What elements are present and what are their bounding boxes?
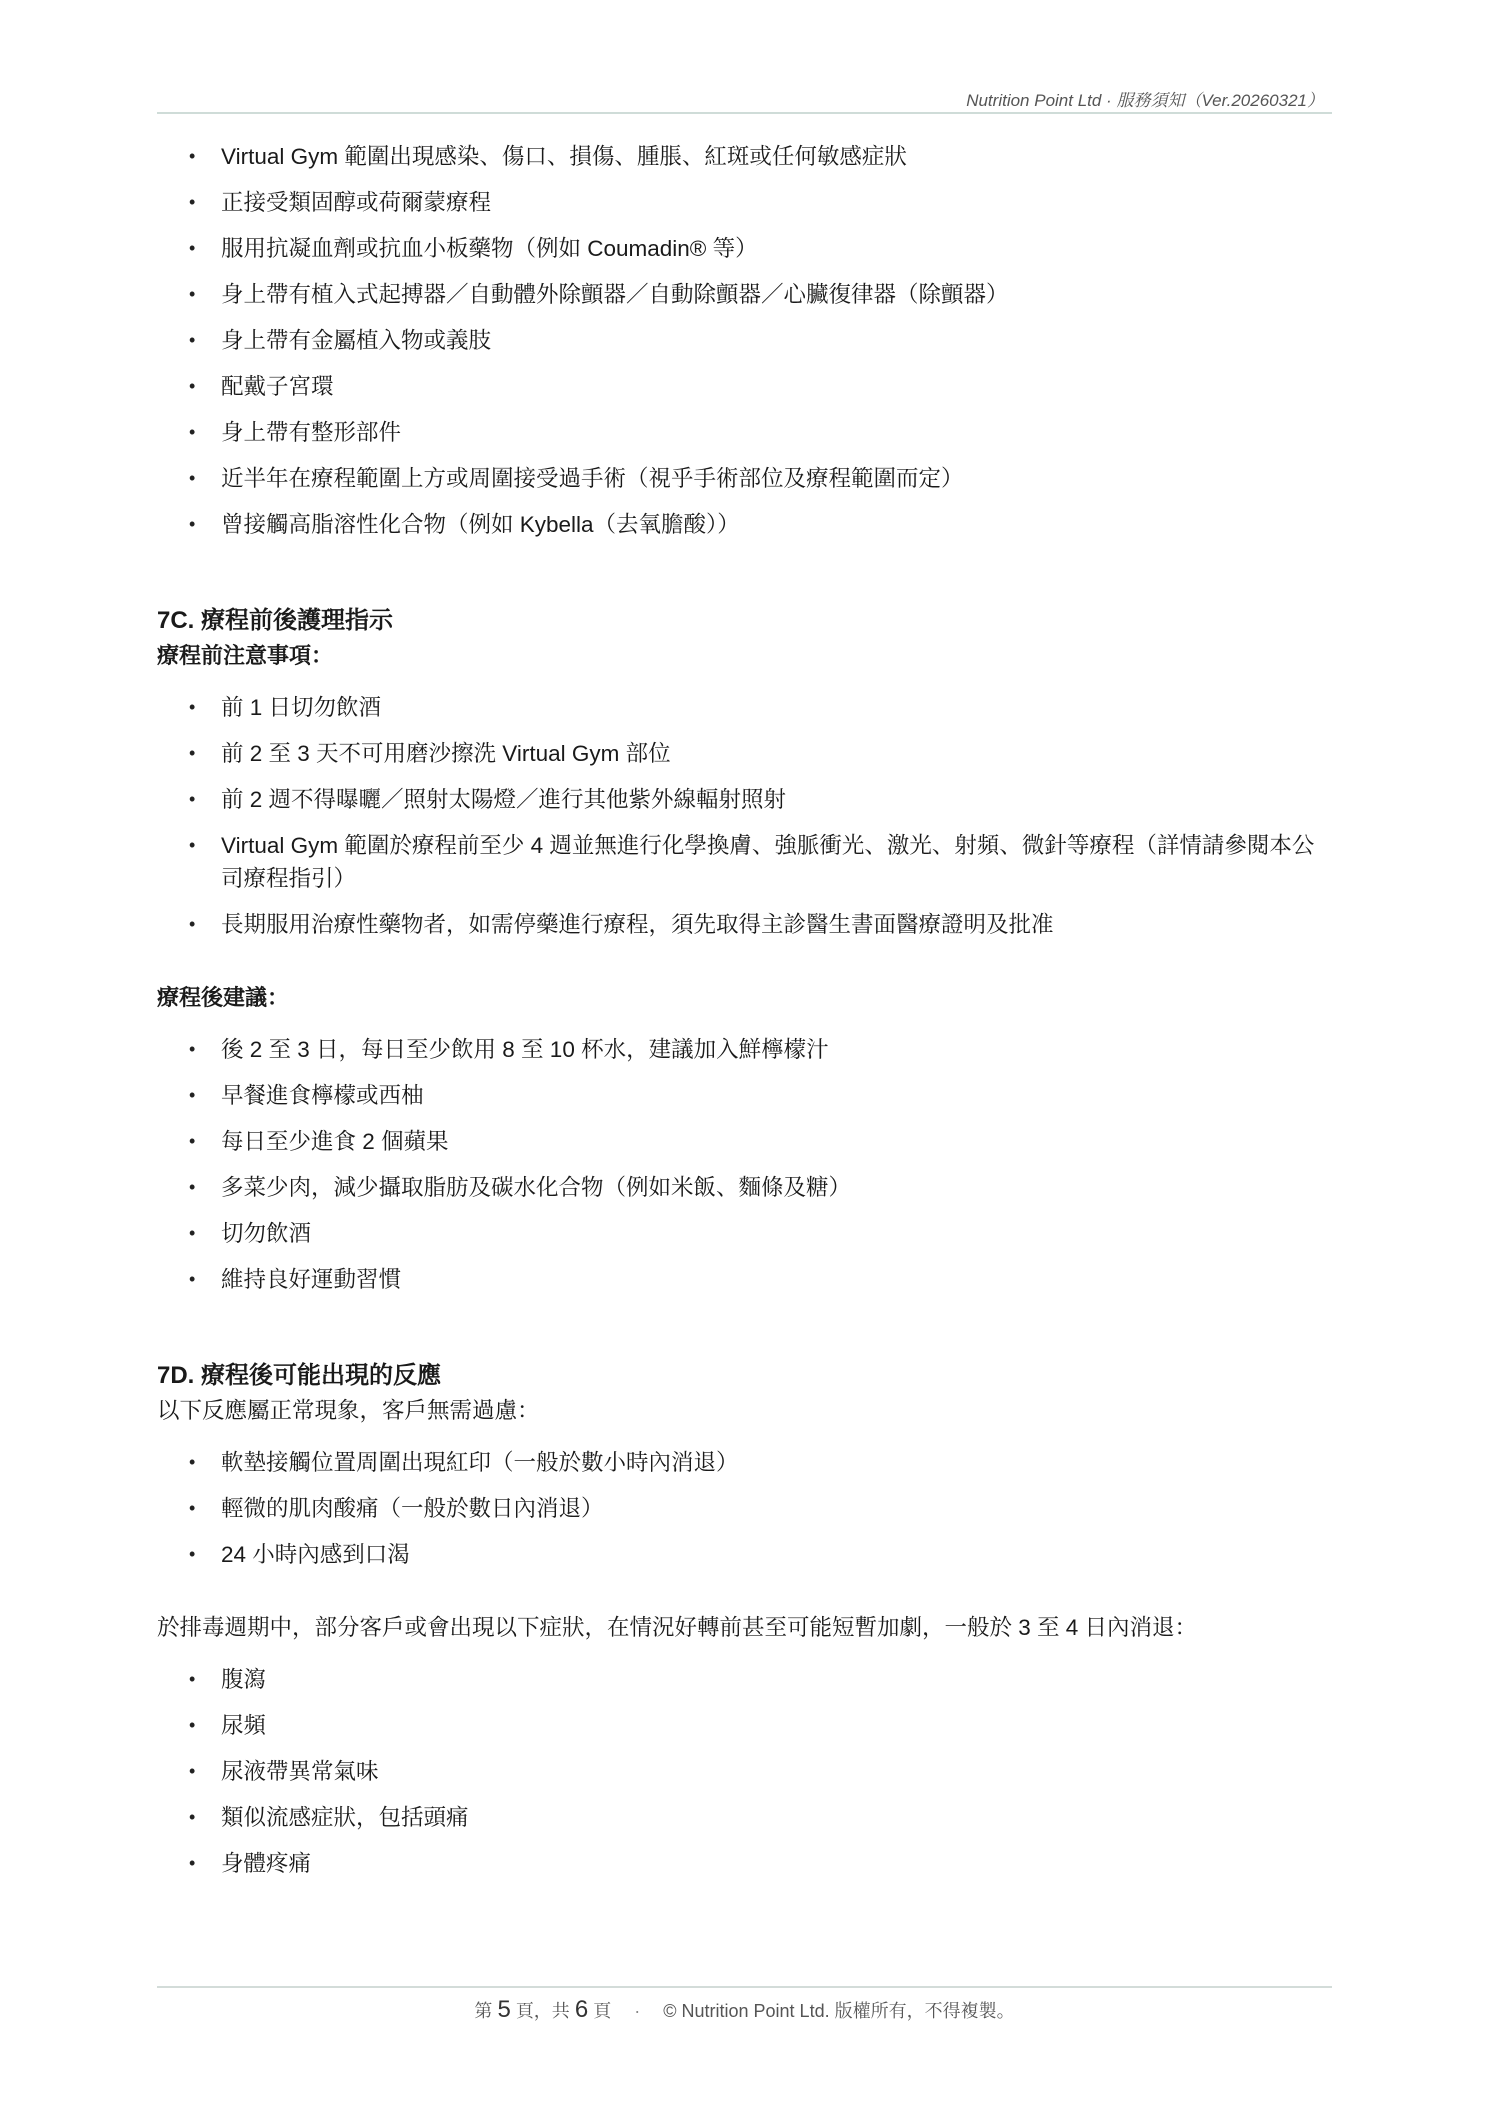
list-item: 早餐進食檸檬或西柚 (157, 1079, 1332, 1112)
list-item: 近半年在療程範圍上方或周圍接受過手術（視乎手術部位及療程範圍而定） (157, 462, 1332, 495)
list-item: 前 2 週不得曝曬／照射太陽燈／進行其他紫外線輻射照射 (157, 783, 1332, 816)
list-item: 腹瀉 (157, 1663, 1332, 1696)
current-page: 5 (497, 1996, 510, 2023)
list-item: 切勿飲酒 (157, 1217, 1332, 1250)
section-7c-title: 7C. 療程前後護理指示 (157, 603, 1332, 639)
list-item: 尿頻 (157, 1709, 1332, 1742)
list-item: 多菜少肉，減少攝取脂肪及碳水化合物（例如米飯、麵條及糖） (157, 1171, 1332, 1204)
copyright-text: © Nutrition Point Ltd. 版權所有，不得複製。 (663, 2001, 1014, 2021)
header-text: Nutrition Point Ltd · 服務須知（Ver.20260321） (966, 86, 1324, 111)
list-item: 曾接觸高脂溶性化合物（例如 Kybella（去氧膽酸）） (157, 508, 1332, 541)
pre-treatment-list: 前 1 日切勿飲酒 前 2 至 3 天不可用磨沙擦洗 Virtual Gym 部… (157, 691, 1332, 941)
list-item: 後 2 至 3 日，每日至少飲用 8 至 10 杯水，建議加入鮮檸檬汁 (157, 1033, 1332, 1066)
list-item: 服用抗凝血劑或抗血小板藥物（例如 Coumadin® 等） (157, 232, 1332, 265)
list-item: 尿液帶異常氣味 (157, 1755, 1332, 1788)
list-item: 類似流感症狀，包括頭痛 (157, 1801, 1332, 1834)
page-number: 第 5 頁，共 6 頁 (474, 2001, 616, 2021)
page-header: Nutrition Point Ltd · 服務須知（Ver.20260321） (157, 86, 1332, 114)
list-item: 配戴子宮環 (157, 370, 1332, 403)
list-item: 身上帶有植入式起搏器／自動體外除顫器／自動除顫器／心臟復律器（除顫器） (157, 278, 1332, 311)
pre-treatment-title: 療程前注意事項： (157, 639, 1332, 673)
page-footer: 第 5 頁，共 6 頁 · © Nutrition Point Ltd. 版權所… (157, 1986, 1332, 2024)
list-item: 維持良好運動習慣 (157, 1263, 1332, 1296)
post-treatment-title: 療程後建議： (157, 981, 1332, 1015)
list-item: 長期服用治療性藥物者，如需停藥進行療程，須先取得主診醫生書面醫療證明及批准 (157, 908, 1332, 941)
list-item: 前 1 日切勿飲酒 (157, 691, 1332, 724)
list-item: 身上帶有整形部件 (157, 416, 1332, 449)
page-content: Virtual Gym 範圍出現感染、傷口、損傷、腫脹、紅斑或任何敏感症狀 正接… (157, 140, 1332, 1893)
post-treatment-list: 後 2 至 3 日，每日至少飲用 8 至 10 杯水，建議加入鮮檸檬汁 早餐進食… (157, 1033, 1332, 1296)
normal-reactions-list: 軟墊接觸位置周圍出現紅印（一般於數小時內消退） 輕微的肌肉酸痛（一般於數日內消退… (157, 1446, 1332, 1571)
section-7d-title: 7D. 療程後可能出現的反應 (157, 1358, 1332, 1394)
list-item: 前 2 至 3 天不可用磨沙擦洗 Virtual Gym 部位 (157, 737, 1332, 770)
list-item: 24 小時內感到口渴 (157, 1538, 1332, 1571)
list-item: Virtual Gym 範圍於療程前至少 4 週並無進行化學換膚、強脈衝光、激光… (157, 829, 1332, 895)
normal-reactions-intro: 以下反應屬正常現象，客戶無需過慮： (157, 1394, 1332, 1428)
list-item: 正接受類固醇或荷爾蒙療程 (157, 186, 1332, 219)
list-item: 身體疼痛 (157, 1847, 1332, 1880)
list-item: 每日至少進食 2 個蘋果 (157, 1125, 1332, 1158)
list-item: 身上帶有金屬植入物或義肢 (157, 324, 1332, 357)
list-item: 軟墊接觸位置周圍出現紅印（一般於數小時內消退） (157, 1446, 1332, 1479)
detox-symptoms-list: 腹瀉 尿頻 尿液帶異常氣味 類似流感症狀，包括頭痛 身體疼痛 (157, 1663, 1332, 1880)
list-item: Virtual Gym 範圍出現感染、傷口、損傷、腫脹、紅斑或任何敏感症狀 (157, 140, 1332, 173)
list-item: 輕微的肌肉酸痛（一般於數日內消退） (157, 1492, 1332, 1525)
total-pages: 6 (575, 1996, 588, 2023)
detox-intro: 於排毒週期中，部分客戶或會出現以下症狀，在情況好轉前甚至可能短暫加劇，一般於 3… (157, 1611, 1332, 1645)
footer-separator: · (634, 2001, 640, 2021)
contraindications-list: Virtual Gym 範圍出現感染、傷口、損傷、腫脹、紅斑或任何敏感症狀 正接… (157, 140, 1332, 541)
